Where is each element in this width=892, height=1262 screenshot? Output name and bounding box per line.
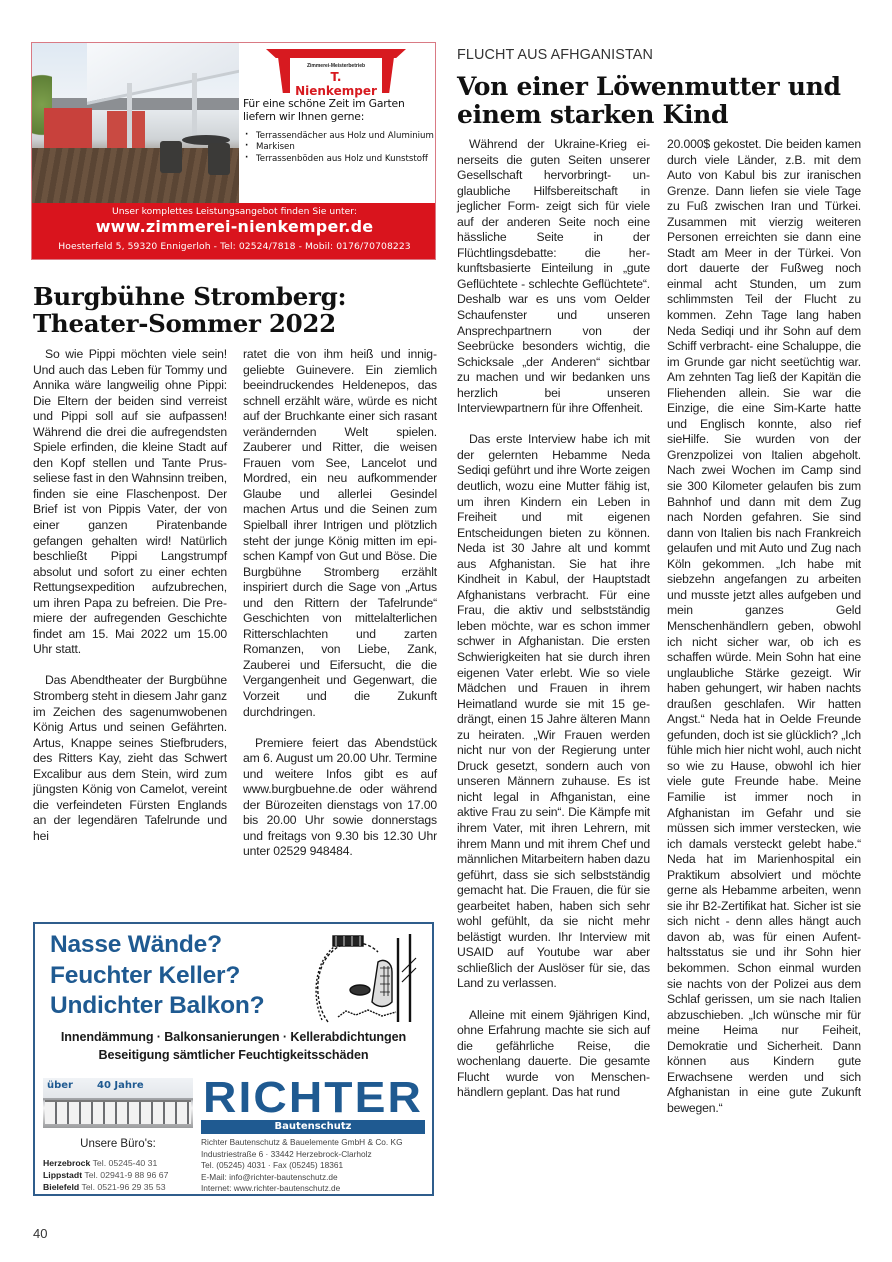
services-line-2: Beseitigung sämtlicher Feuchtigkeitsschä… (35, 1046, 432, 1064)
headline-afghanistan: Von einer Löwenmutter und einem starken … (457, 73, 877, 129)
question-line: Nasse Wände? (50, 930, 310, 961)
headline-line-2: Theater-Sommer 2022 (33, 310, 443, 337)
paragraph: 20.000$ gekostet. Die beiden kamen durch… (667, 137, 861, 1116)
ad-services: Innendämmung · Balkonsanierungen · Kelle… (35, 1028, 432, 1064)
brand-name: RICHTER (195, 1078, 430, 1118)
service-item: Terrassenböden aus Holz und Kunststoff (244, 154, 436, 165)
terrace-photo (32, 43, 239, 203)
wet-wall-illustration-icon (308, 932, 423, 1024)
company-contact: Richter Bautenschutz & Bauelemente GmbH … (201, 1137, 431, 1195)
logo-subtitle: Zimmerei-Meisterbetrieb (296, 63, 376, 69)
band-intro-text: Unser komplettes Leistungsangebot finden… (32, 206, 436, 217)
service-item: Terrassendächer aus Holz und Aluminium (244, 131, 436, 142)
question-line: Undichter Balkon? (50, 991, 310, 1022)
afghanistan-column-1: Während der Ukraine-Krieg ei­nerseits di… (457, 137, 650, 1101)
office-row: Herzebrock Tel. 05245-40 31 (43, 1157, 199, 1169)
paragraph: So wie Pippi möchten viele sein! Und auc… (33, 347, 227, 658)
headline-line-1: Von einer Löwenmutter und (457, 73, 877, 101)
building-photo: über 40 Jahre (43, 1078, 193, 1128)
tagline-line-2: liefern wir Ihnen gerne: (243, 110, 435, 123)
office-phone: Tel. 02941-9 88 96 67 (84, 1170, 168, 1180)
paragraph: Premiere feiert das Abend­stück am 6. Au… (243, 736, 437, 860)
company-email[interactable]: E-Mail: info@richter-bautenschutz.de (201, 1172, 431, 1184)
ad-tagline: Für eine schöne Zeit im Garten liefern w… (243, 97, 435, 123)
tagline-line-1: Für eine schöne Zeit im Garten (243, 97, 435, 110)
logo-company-name: T. Nienkemper (294, 70, 378, 98)
badge-ueber: über (47, 1080, 73, 1091)
office-city: Bielefeld (43, 1182, 79, 1192)
richter-logo: RICHTER Bautenschutz (201, 1078, 425, 1134)
paragraph: Das erste Interview habe ich mit der gel… (457, 432, 650, 992)
office-row: Bielefeld Tel. 0521-96 29 35 53 (43, 1181, 199, 1193)
office-phone: Tel. 0521-96 29 35 53 (81, 1182, 165, 1192)
headline-line-1: Burgbühne Stromberg: (33, 283, 443, 310)
company-phone-fax: Tel. (05245) 4031 · Fax (05245) 18361 (201, 1160, 431, 1172)
office-city: Herzebrock (43, 1158, 90, 1168)
company-website[interactable]: Internet: www.richter-bautenschutz.de (201, 1183, 431, 1195)
company-name: Richter Bautenschutz & Bauelemente GmbH … (201, 1137, 431, 1149)
paragraph: Alleine mit einem 9jährigen Kind, ohne E… (457, 1008, 650, 1101)
ad-richter-bautenschutz: Nasse Wände? Feuchter Keller? Undichter … (33, 922, 434, 1196)
ad-contact-band: Unser komplettes Leistungsangebot finden… (32, 203, 436, 260)
ad-services-list: Terrassendächer aus Holz und Aluminium M… (244, 131, 436, 165)
burgbuehne-column-1: So wie Pippi möchten viele sein! Und auc… (33, 347, 227, 844)
office-phone: Tel. 05245-40 31 (93, 1158, 158, 1168)
question-line: Feuchter Keller? (50, 961, 310, 992)
ad-address-line: Hoesterfeld 5, 59320 Ennigerloh - Tel: 0… (32, 241, 436, 252)
ad-questions: Nasse Wände? Feuchter Keller? Undichter … (50, 930, 310, 1022)
ad-website-link[interactable]: www.zimmerei-nienkemper.de (32, 217, 436, 236)
headline-line-2: einem starken Kind (457, 101, 877, 129)
offices-list: Herzebrock Tel. 05245-40 31 Lippstadt Te… (43, 1157, 199, 1194)
page-number: 40 (33, 1226, 47, 1241)
badge-40-jahre: 40 Jahre (97, 1080, 144, 1091)
office-row: Lippstadt Tel. 02941-9 88 96 67 (43, 1169, 199, 1181)
burgbuehne-column-2: ratet die von ihm heiß und innig­geliebt… (243, 347, 437, 860)
offices-title: Unsere Büro's: (43, 1138, 193, 1150)
services-line-1: Innendämmung · Balkonsanierungen · Kelle… (35, 1028, 432, 1046)
headline-burgbuehne: Burgbühne Stromberg: Theater-Sommer 2022 (33, 283, 443, 337)
nienkemper-logo: Zimmerei-Meisterbetrieb T. Nienkemper (266, 49, 406, 93)
afghanistan-column-2: 20.000$ gekostet. Die beiden kamen durch… (667, 137, 861, 1116)
office-city: Lippstadt (43, 1170, 82, 1180)
service-item: Markisen (244, 142, 436, 153)
section-kicker: FLUCHT AUS AFHGANISTAN (457, 47, 653, 63)
paragraph: Das Abendtheater der Burg­bühne Stromber… (33, 673, 227, 844)
brand-subtitle: Bautenschutz (201, 1120, 425, 1134)
paragraph: Während der Ukraine-Krieg ei­nerseits di… (457, 137, 650, 417)
company-address: Industriestraße 6 · 33442 Herzebrock-Cla… (201, 1149, 431, 1161)
paragraph: ratet die von ihm heiß und innig­geliebt… (243, 347, 437, 720)
ad-zimmerei-nienkemper: Zimmerei-Meisterbetrieb T. Nienkemper Fü… (31, 42, 436, 260)
